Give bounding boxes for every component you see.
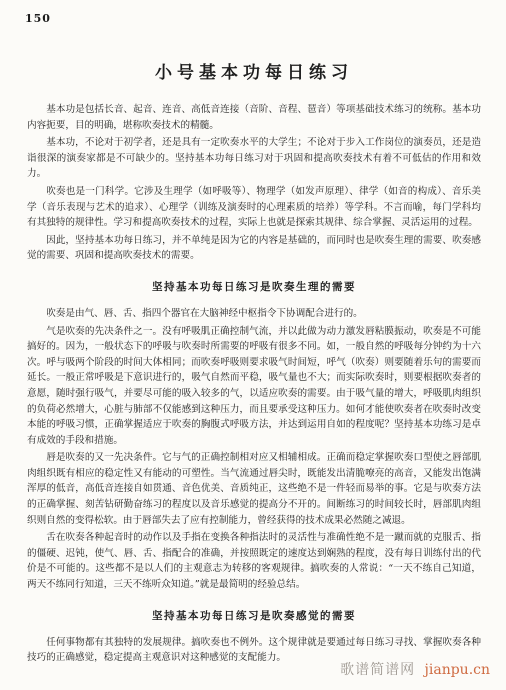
- intro-section: 基本功是包括长音、起音、连音、高低音连接（音阶、音程、琶音）等项基础技术练习的统…: [27, 102, 481, 264]
- page-title: 小号基本功每日练习: [27, 58, 481, 83]
- intro-paragraph: 基本功，不论对于初学者，还是具有一定吹奏水平的大学生；不论对于步入工作岗位的演奏…: [27, 135, 481, 182]
- section-physiology: 吹奏是由气、唇、舌、指四个器官在大脑神经中枢指令下协调配合进行的。 气是吹奏的先…: [27, 306, 481, 593]
- watermark-site-name: 歌谱简谱网: [340, 662, 415, 678]
- body-paragraph: 气是吹奏的先决条件之一。没有呼吸肌正确控制气流，并以此做为动力激发唇粘膜振动，吹…: [27, 324, 481, 449]
- body-paragraph: 舌在吹奏各种起音时的动作以及手指在变换各种指法时的灵活性与准确性绝不是一蹴而就的…: [27, 530, 481, 592]
- body-paragraph: 吹奏是由气、唇、舌、指四个器官在大脑神经中枢指令下协调配合进行的。: [27, 306, 481, 322]
- page-content: 小号基本功每日练习 基本功是包括长音、起音、连音、高低音连接（音阶、音程、琶音）…: [27, 58, 481, 668]
- watermark-site-url: jianpu.cn: [425, 662, 490, 678]
- intro-paragraph: 吹奏也是一门科学。它涉及生理学（如呼吸等）、物理学（如发声原理）、律学（如音的构…: [27, 184, 481, 231]
- page-number: 150: [25, 12, 51, 25]
- section-heading-physiology: 坚持基本功每日练习是吹奏生理的需要: [27, 279, 481, 294]
- intro-paragraph: 因此，坚持基本功每日练习，并不单纯是因为它的内容是基础的，而同时也是吹奏生理的需…: [27, 233, 481, 264]
- body-paragraph: 唇是吹奏的又一先决条件。它与气的正确控制相对应又相辅相成。正确而稳定掌握吹奏口型…: [27, 450, 481, 528]
- scanned-book-page: 150 小号基本功每日练习 基本功是包括长音、起音、连音、高低音连接（音阶、音程…: [0, 0, 506, 690]
- watermark: 歌谱简谱网 jianpu.cn: [340, 659, 490, 679]
- section-heading-feeling: 坚持基本功每日练习是吹奏感觉的需要: [27, 608, 481, 623]
- intro-paragraph: 基本功是包括长音、起音、连音、高低音连接（音阶、音程、琶音）等项基础技术练习的统…: [27, 102, 481, 133]
